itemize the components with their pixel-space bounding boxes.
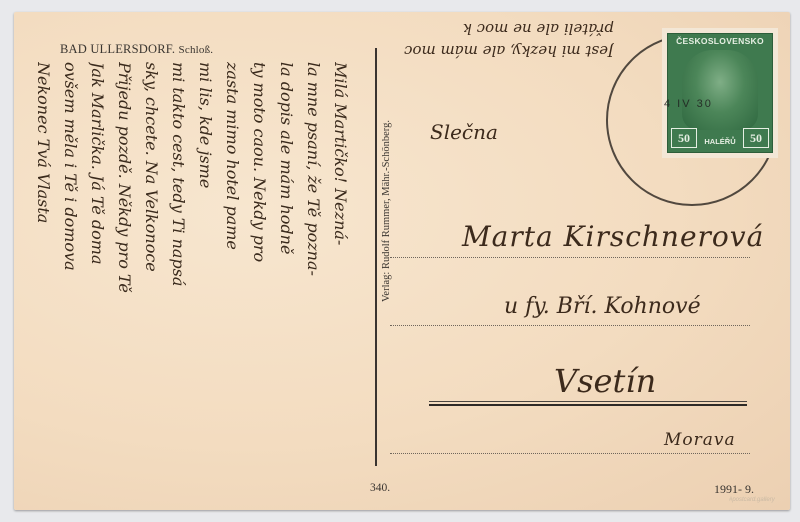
stamp-value-right: 50 <box>743 128 769 148</box>
note-line: přáteli ale ne moc k <box>394 18 614 40</box>
postmark-date: 4 IV 30 <box>664 98 713 110</box>
postage-stamp: ČESKOSLOVENSKO 50 HALÉŘŮ 50 <box>662 28 778 158</box>
stamp-country: ČESKOSLOVENSKO <box>668 36 772 46</box>
serial-number: 1991- 9. <box>714 482 754 497</box>
message-line: zasta mimo hotel pame <box>219 62 246 502</box>
address-town: Vsetín <box>554 362 656 400</box>
message-line: Jak Marlička. Já Tě doma <box>84 62 111 502</box>
place-subtitle: Schloß. <box>179 44 214 56</box>
note-line: Jest mi hezky, ale mám moc <box>394 40 614 62</box>
handwritten-message: Milá Martičko! Nezná- la mne psaní, že T… <box>30 62 354 502</box>
address-salutation: Slečna <box>430 120 498 144</box>
publisher-imprint: Verlag: Rudolf Rummer, Mähr.-Schönberg. <box>381 120 392 302</box>
address-line-1 <box>390 257 750 258</box>
address-line-town <box>429 401 747 406</box>
address-name: Marta Kirschnerová <box>462 220 764 253</box>
upside-down-note: Jest mi hezky, ale mám moc přáteli ale n… <box>394 18 614 62</box>
catalog-number: 340. <box>370 482 390 494</box>
stamp-face: ČESKOSLOVENSKO 50 HALÉŘŮ 50 <box>667 33 773 153</box>
address-care-of: u fy. Bří. Kohnové <box>504 294 701 319</box>
address-line-4 <box>390 453 750 454</box>
postcard: BAD ULLERSDORF. Schloß. Milá Martičko! N… <box>14 12 790 510</box>
message-line: sky, chcete. Na Velkonoce <box>138 62 165 502</box>
message-line: Milá Martičko! Nezná- <box>327 62 354 502</box>
message-line: mi lis, kde jsme <box>192 62 219 502</box>
message-line: la dopis ale mám hodně <box>273 62 300 502</box>
center-divider <box>375 48 377 466</box>
message-line: mi takto cest, tedy Ti napsá <box>165 62 192 502</box>
portrait-icon <box>682 50 758 130</box>
message-line: la mne psaní, že Tě pozna- <box>300 62 327 502</box>
place-title: BAD ULLERSDORF. Schloß. <box>60 42 213 57</box>
message-line: Nekonec Tvá Vlasta <box>30 62 57 502</box>
message-line: ty moto caou. Nekdy pro <box>246 62 273 502</box>
address-line-2 <box>390 325 750 326</box>
place-name: BAD ULLERSDORF. <box>60 42 175 56</box>
watermark: #postcard.gallery <box>729 497 775 503</box>
message-line: ovšem měla i Tě i domova <box>57 62 84 502</box>
message-line: Přijedu pozdě. Někdy pro Tě <box>111 62 138 502</box>
address-region: Morava <box>664 430 736 450</box>
